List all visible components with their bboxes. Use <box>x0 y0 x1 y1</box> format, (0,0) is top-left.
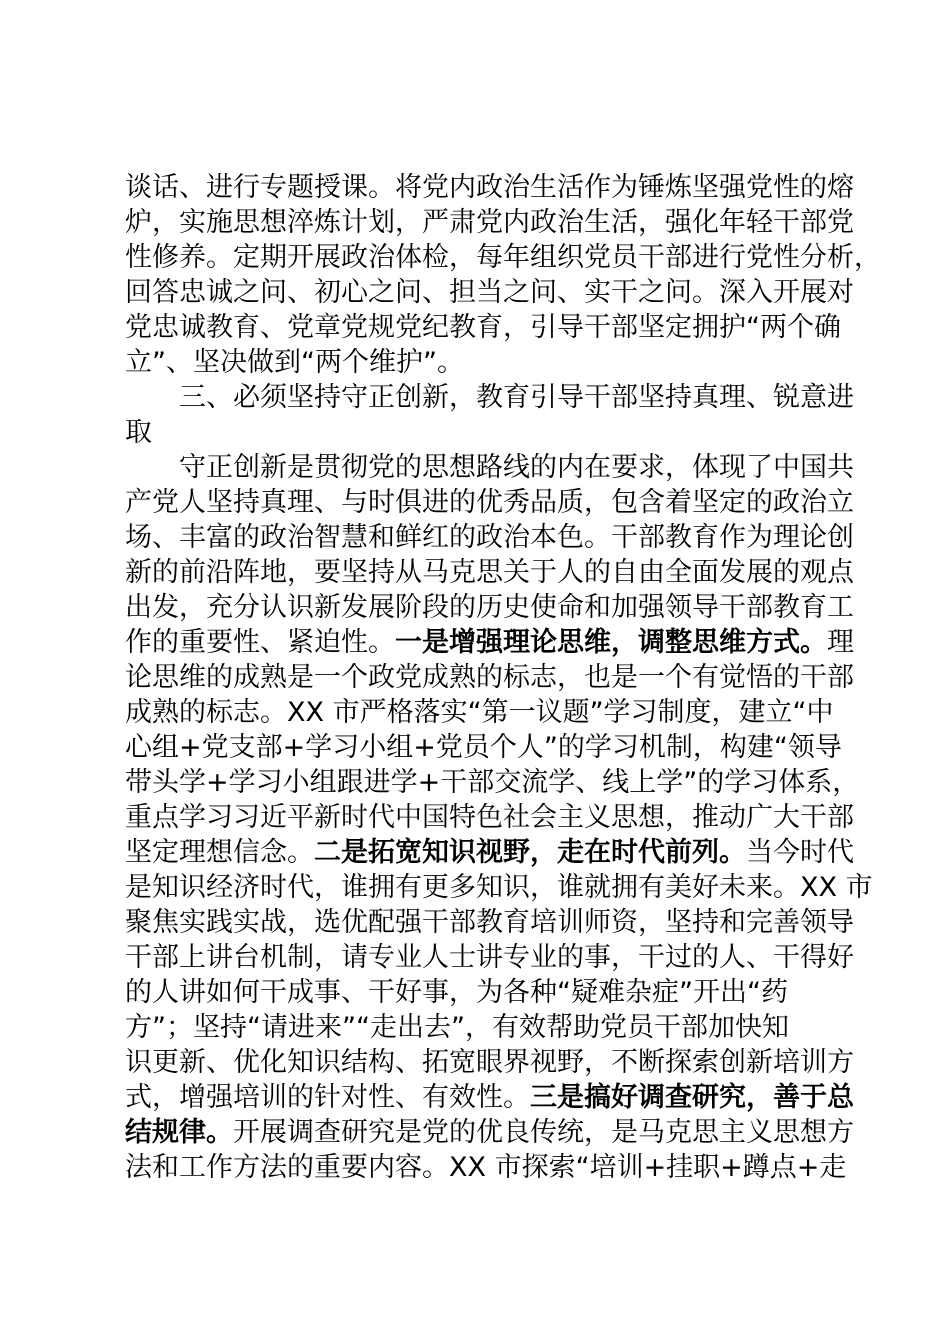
text-run: 出发，充分认识新发展阶段的历史使命和加强领导干部教育工 <box>125 592 854 623</box>
text-line: 党忠诚教育、党章党规党纪教育，引导干部坚定拥护“两个确 <box>125 310 857 345</box>
text-run: 谈话、进行专题授课。将党内政治生活作为锤炼坚强党性的熔 <box>125 172 854 203</box>
text-line: 方”；坚持“请进来”“走出去”，有效帮助党员干部加快知 <box>125 1010 857 1045</box>
bold-text-run: 二是拓宽知识视野，走在时代前列。 <box>314 837 746 868</box>
text-run: 新的前沿阵地，要坚持从马克思关于人的自由全面发展的观点 <box>125 557 854 588</box>
text-run: 方”；坚持“请进来”“走出去”，有效帮助党员干部加快知 <box>125 1012 789 1043</box>
text-run: 守正创新是贯彻党的思想路线的内在要求，体现了中国共 <box>179 452 854 483</box>
text-run: 理 <box>827 627 854 658</box>
text-line: 炉，实施思想淬炼计划，严肃党内政治生活，强化年轻干部党 <box>125 205 857 240</box>
text-line: 的人讲如何干成事、干好事，为各种“疑难杂症”开出“药 <box>125 975 857 1010</box>
text-line: 结规律。开展调查研究是党的优良传统，是马克思主义思想方 <box>125 1115 857 1150</box>
text-line: 法和工作方法的重要内容。XX 市探索“培训+挂职+蹲点+走 <box>125 1150 857 1185</box>
text-run: 党忠诚教育、党章党规党纪教育，引导干部坚定拥护“两个确 <box>125 312 841 343</box>
text-line: 出发，充分认识新发展阶段的历史使命和加强领导干部教育工 <box>125 590 857 625</box>
text-line: 识更新、优化知识结构、拓宽眼界视野，不断探索创新培训方 <box>125 1045 857 1080</box>
heading-line: 三、必须坚持守正创新，教育引导干部坚持真理、锐意进 <box>125 380 857 415</box>
text-run: 回答忠诚之问、初心之问、担当之问、实干之问。深入开展对 <box>125 277 854 308</box>
text-run: 取 <box>125 417 152 448</box>
text-run: 三、必须坚持守正创新，教育引导干部坚持真理、锐意进 <box>179 382 854 413</box>
text-line: 带头学+学习小组跟进学+干部交流学、线上学”的学习体系， <box>125 765 857 800</box>
bold-text-run: 三是搞好调查研究，善于总 <box>530 1082 854 1113</box>
text-run: 开展调查研究是党的优良传统，是马克思主义思想方 <box>233 1117 854 1148</box>
text-line: 是知识经济时代，谁拥有更多知识，谁就拥有美好未来。XX 市 <box>125 870 857 905</box>
text-line: 重点学习习近平新时代中国特色社会主义思想，推动广大干部 <box>125 800 857 835</box>
text-run: 重点学习习近平新时代中国特色社会主义思想，推动广大干部 <box>125 802 854 833</box>
text-run: 场、丰富的政治智慧和鲜红的政治本色。干部教育作为理论创 <box>125 522 854 553</box>
document-page: 谈话、进行专题授课。将党内政治生活作为锤炼坚强党性的熔炉，实施思想淬炼计划，严肃… <box>0 0 950 1344</box>
text-run: 心组+党支部+学习小组+党员个人”的学习机制，构建“领导 <box>125 732 842 763</box>
text-run: 是知识经济时代，谁拥有更多知识，谁就拥有美好未来。XX 市 <box>125 872 873 903</box>
bold-text-run: 结规律。 <box>125 1117 233 1148</box>
text-run: 式，增强培训的针对性、有效性。 <box>125 1082 530 1113</box>
text-run: 立”、坚决做到“两个维护”。 <box>125 347 464 378</box>
text-line: 性修养。定期开展政治体检，每年组织党员干部进行党性分析， <box>125 240 857 275</box>
text-line: 心组+党支部+学习小组+党员个人”的学习机制，构建“领导 <box>125 730 857 765</box>
text-line: 论思维的成熟是一个政党成熟的标志，也是一个有觉悟的干部 <box>125 660 857 695</box>
text-line: 谈话、进行专题授课。将党内政治生活作为锤炼坚强党性的熔 <box>125 170 857 205</box>
document-body: 谈话、进行专题授课。将党内政治生活作为锤炼坚强党性的熔炉，实施思想淬炼计划，严肃… <box>125 170 857 1185</box>
text-run: 炉，实施思想淬炼计划，严肃党内政治生活，强化年轻干部党 <box>125 207 854 238</box>
text-line: 作的重要性、紧迫性。一是增强理论思维，调整思维方式。理 <box>125 625 857 660</box>
text-line: 聚焦实践实战，选优配强干部教育培训师资，坚持和完善领导 <box>125 905 857 940</box>
text-run: 法和工作方法的重要内容。XX 市探索“培训+挂职+蹲点+走 <box>125 1152 846 1183</box>
text-run: 带头学+学习小组跟进学+干部交流学、线上学”的学习体系， <box>125 767 859 798</box>
text-run: 的人讲如何干成事、干好事，为各种“疑难杂症”开出“药 <box>125 977 788 1008</box>
text-run: 作的重要性、紧迫性。 <box>125 627 395 658</box>
text-line: 守正创新是贯彻党的思想路线的内在要求，体现了中国共 <box>125 450 857 485</box>
text-line: 成熟的标志。XX 市严格落实“第一议题”学习制度，建立“中 <box>125 695 857 730</box>
text-run: 干部上讲台机制，请专业人士讲专业的事，干过的人、干得好 <box>125 942 854 973</box>
text-line: 回答忠诚之问、初心之问、担当之问、实干之问。深入开展对 <box>125 275 857 310</box>
text-line: 立”、坚决做到“两个维护”。 <box>125 345 857 380</box>
text-line: 干部上讲台机制，请专业人士讲专业的事，干过的人、干得好 <box>125 940 857 975</box>
heading-line: 取 <box>125 415 857 450</box>
text-line: 场、丰富的政治智慧和鲜红的政治本色。干部教育作为理论创 <box>125 520 857 555</box>
text-run: 成熟的标志。XX 市严格落实“第一议题”学习制度，建立“中 <box>125 697 834 728</box>
bold-text-run: 一是增强理论思维，调整思维方式。 <box>395 627 827 658</box>
text-line: 产党人坚持真理、与时俱进的优秀品质，包含着坚定的政治立 <box>125 485 857 520</box>
text-run: 聚焦实践实战，选优配强干部教育培训师资，坚持和完善领导 <box>125 907 854 938</box>
text-line: 新的前沿阵地，要坚持从马克思关于人的自由全面发展的观点 <box>125 555 857 590</box>
text-line: 式，增强培训的针对性、有效性。三是搞好调查研究，善于总 <box>125 1080 857 1115</box>
text-line: 坚定理想信念。二是拓宽知识视野，走在时代前列。当今时代 <box>125 835 857 870</box>
text-run: 性修养。定期开展政治体检，每年组织党员干部进行党性分析， <box>125 242 881 273</box>
text-run: 当今时代 <box>746 837 854 868</box>
text-run: 论思维的成熟是一个政党成熟的标志，也是一个有觉悟的干部 <box>125 662 854 693</box>
text-run: 坚定理想信念。 <box>125 837 314 868</box>
text-run: 产党人坚持真理、与时俱进的优秀品质，包含着坚定的政治立 <box>125 487 854 518</box>
text-run: 识更新、优化知识结构、拓宽眼界视野，不断探索创新培训方 <box>125 1047 854 1078</box>
